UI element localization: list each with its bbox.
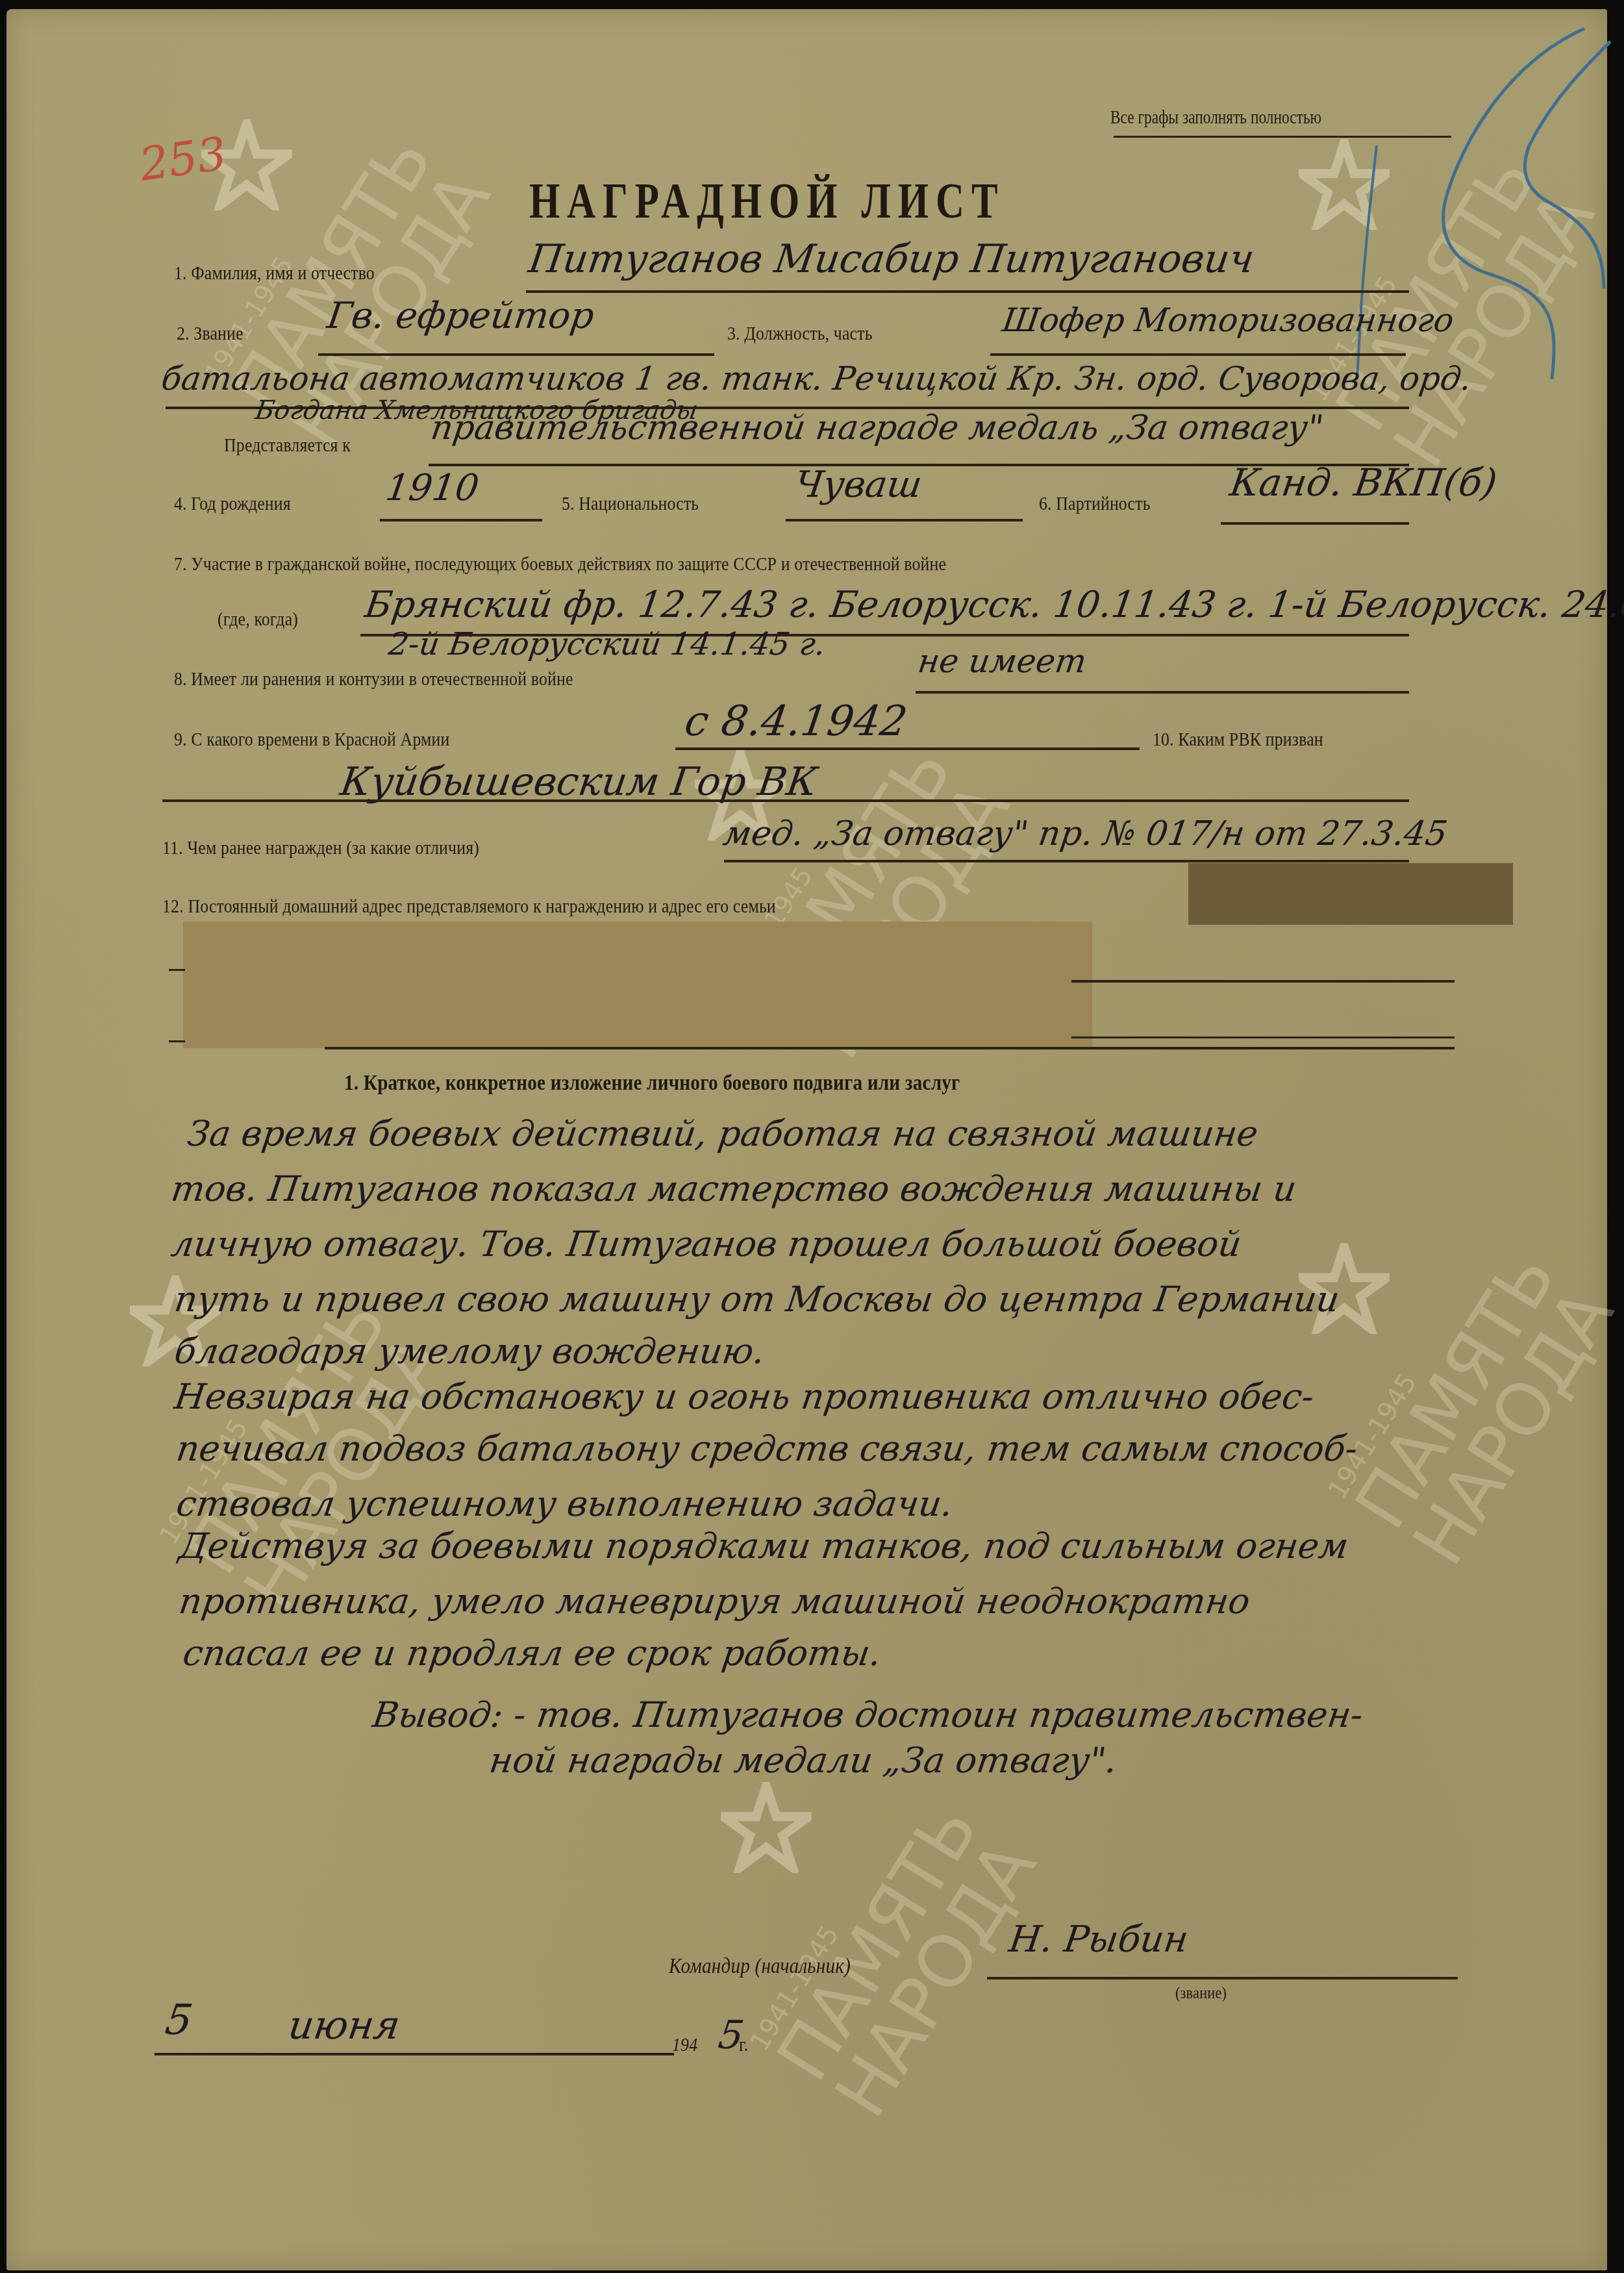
field-5-label: 5. Национальность	[562, 493, 699, 515]
redacted-address-block	[1188, 863, 1513, 925]
field-5-value: Чуваш	[792, 464, 925, 506]
field-9-line	[675, 747, 1140, 750]
date-month: июня	[286, 2003, 403, 2048]
field-3-line1	[990, 353, 1406, 356]
field-1-label: 1. Фамилия, имя и отчество	[174, 262, 375, 284]
description-line: За время боевых действий, работая на свя…	[185, 1113, 1260, 1154]
description-line: Действуя за боевыми порядками танков, по…	[177, 1526, 1351, 1566]
field-10-label: 10. Каким РВК призван	[1153, 729, 1323, 751]
field-8-label: 8. Имеет ли ранения и контузии в отечест…	[174, 668, 573, 690]
description-line: путь и привел свою машину от Москвы до ц…	[172, 1279, 1342, 1320]
description-line: печивал подвоз батальону средств связи, …	[174, 1428, 1360, 1469]
date-day: 5	[162, 1996, 195, 2044]
date-year-printed: 194	[672, 2034, 697, 2056]
field-11-value: мед. „За отвагу" пр. № 017/н от 27.3.45	[721, 814, 1450, 853]
field-2-value: Гв. ефрейтор	[325, 295, 597, 337]
field-4-label: 4. Год рождения	[174, 493, 291, 515]
address-line-3	[325, 1047, 1455, 1049]
field-6-line	[1221, 522, 1409, 525]
notice-underline	[1114, 136, 1451, 138]
field-10-value: Куйбышевским Гор ВК	[338, 759, 820, 805]
field-2-label: 2. Звание	[177, 323, 244, 345]
field-7-sublabel: (где, когда)	[218, 609, 298, 631]
field-9-value: с 8.4.1942	[682, 697, 910, 746]
conclusion-line: Вывод: - тов. Питуганов достоин правител…	[370, 1694, 1366, 1735]
field-4-value: 1910	[383, 467, 482, 509]
award-sheet-paper: 1941-1945 ПАМЯТЬ НАРОДА 1941-1945 ПАМЯТЬ…	[6, 9, 1607, 2270]
watermark-text: 1941-1945 ПАМЯТЬ НАРОДА	[1325, 1230, 1623, 1575]
section-1-heading: 1. Краткое, конкретное изложение личного…	[344, 1071, 960, 1096]
archive-number: 253	[136, 127, 230, 192]
field-1-value: Питуганов Мисабир Питуганович	[526, 236, 1257, 282]
description-line: Невзирая на обстановку и огонь противник…	[172, 1376, 1317, 1417]
field-11-line	[724, 860, 1409, 862]
field-10-line	[162, 799, 1409, 802]
description-line: личную отвагу. Тов. Питуганов прошел бол…	[169, 1224, 1244, 1264]
date-suffix: г.	[739, 2034, 748, 2056]
field-8-line	[916, 691, 1409, 694]
watermark-star-icon	[1299, 139, 1390, 230]
watermark-star-icon	[721, 1782, 812, 1873]
description-line: противника, умело маневрируя машиной нео…	[177, 1581, 1253, 1622]
field-12-label: 12. Постоянный домашний адрес представля…	[162, 896, 776, 918]
field-11-label: 11. Чем ранее награжден (за какие отличи…	[162, 837, 479, 859]
margin-dash	[169, 969, 185, 971]
field-3-label: 3. Должность, часть	[727, 323, 873, 345]
fill-all-fields-notice: Все графы заполнять полностью	[1110, 107, 1321, 129]
field-8-value: не имеет	[916, 642, 1089, 680]
description-line: благодаря умелому вождению.	[172, 1331, 768, 1372]
field-3-value-line2: батальона автоматчиков 1 гв. танк. Речиц…	[159, 360, 1474, 397]
field-6-value: Канд. ВКП(б)	[1227, 460, 1500, 505]
field-1-line	[526, 290, 1409, 293]
address-line-1	[1071, 980, 1455, 983]
margin-dash	[169, 1040, 185, 1042]
field-4-line	[380, 519, 542, 521]
field-7-number: 7.	[174, 553, 187, 575]
field-5-line	[786, 519, 1023, 521]
field-9-label: 9. С какого времени в Красной Армии	[174, 729, 450, 751]
document-title: НАГРАДНОЙ ЛИСТ	[529, 171, 1005, 230]
description-line: тов. Питуганов показал мастерство вожден…	[169, 1168, 1299, 1209]
address-line-2	[1071, 1036, 1455, 1038]
commander-line	[987, 1977, 1458, 1979]
field-6-label: 6. Партийность	[1039, 493, 1151, 515]
rank-caption: (звание)	[1175, 1983, 1227, 2003]
presented-value: правительственной награде медаль „За отв…	[429, 408, 1326, 447]
description-line: спасал ее и продлял ее срок работы.	[181, 1633, 884, 1674]
description-line: ствовал успешному выполнению задачи.	[174, 1483, 955, 1524]
date-line	[155, 2053, 674, 2055]
blue-mark-value: 55	[1435, 55, 1442, 62]
redacted-address-area: [скрыто]	[183, 922, 1092, 1048]
field-7-label: 7. Участие в гражданской войне, последую…	[174, 553, 946, 575]
conclusion-line: ной награды медали „За отвагу".	[487, 1740, 1119, 1781]
commander-label: Командир (начальник)	[669, 1954, 851, 1979]
field-3-value-line1: Шофер Моторизованного	[1000, 301, 1456, 339]
commander-signature: Н. Рыбин	[1006, 1918, 1191, 1961]
field-2-line	[318, 353, 714, 356]
field-7-value-line1: Брянский фр. 12.7.43 г. Белорусск. 10.11…	[362, 584, 1624, 626]
presented-label: Представляется к	[224, 434, 351, 457]
field-7-value-line2: 2-й Белорусский 14.1.45 г.	[386, 626, 828, 662]
